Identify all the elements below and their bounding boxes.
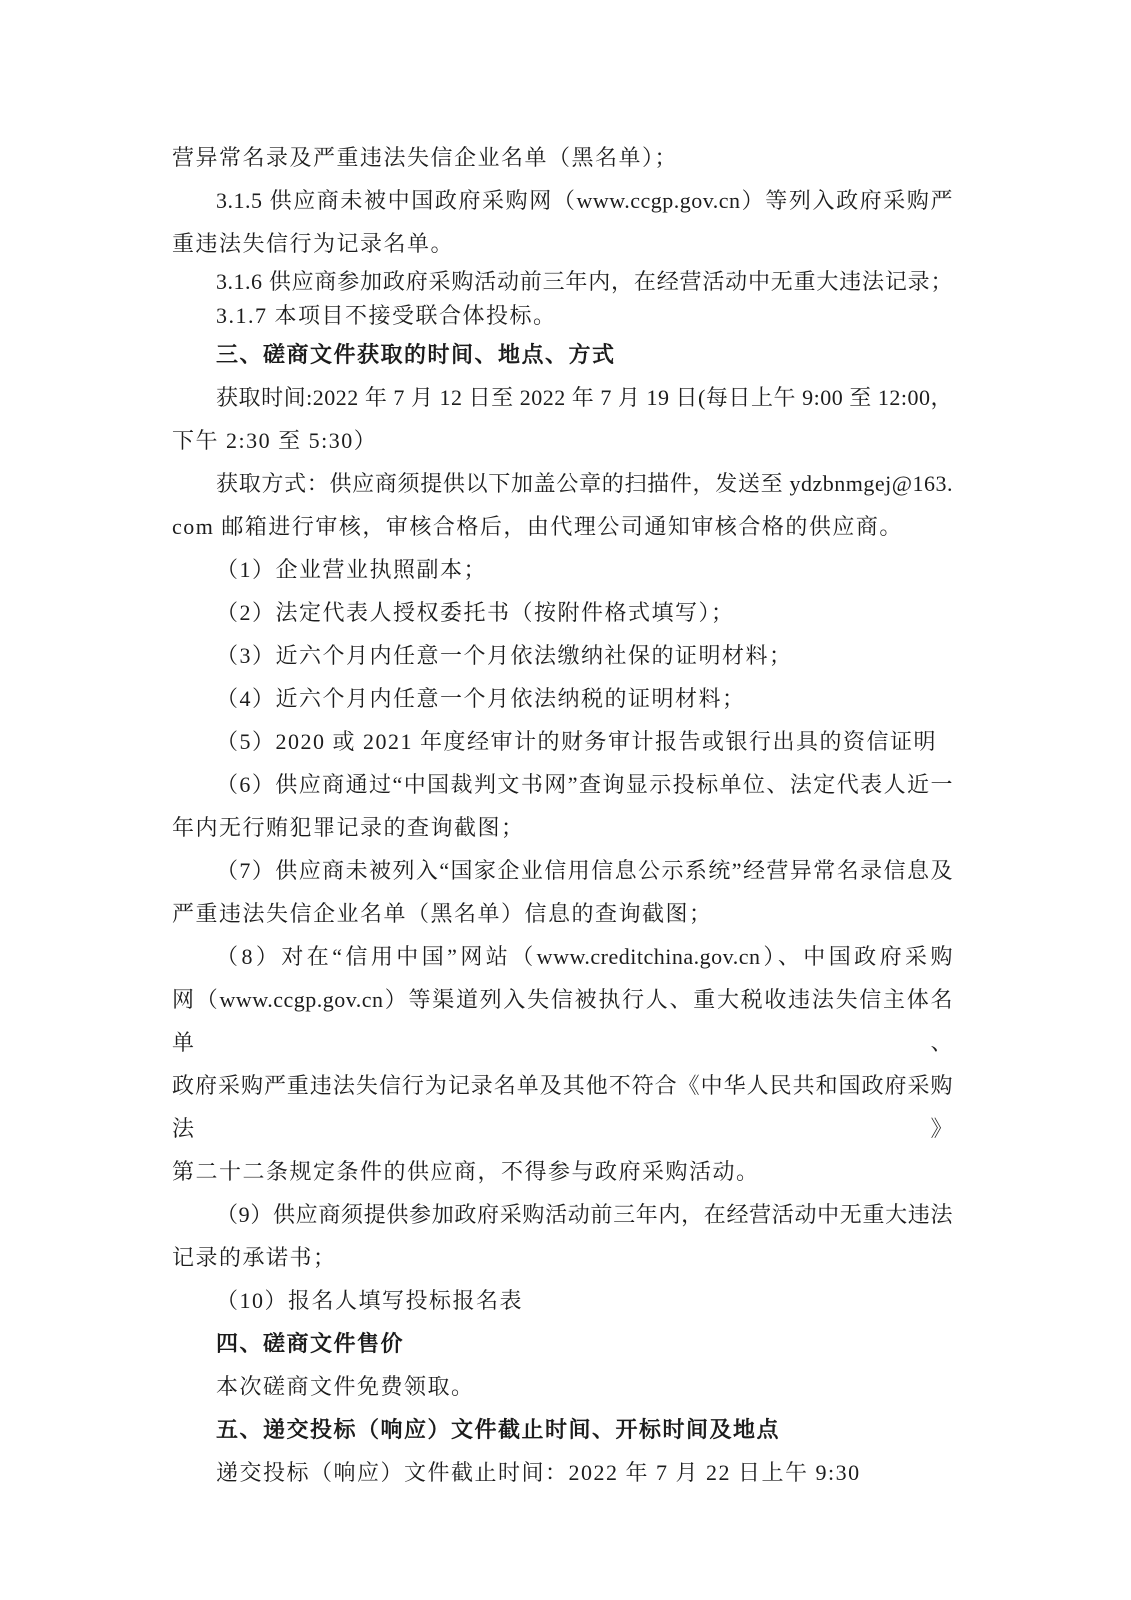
paragraph-continuation: 严重违法失信企业名单（黑名单）信息的查询截图；: [172, 892, 953, 935]
list-item-5: （5）2020 或 2021 年度经审计的财务审计报告或银行出具的资信证明: [172, 720, 953, 763]
paragraph-continuation: 网（www.ccgp.gov.cn）等渠道列入失信被执行人、重大税收违法失信主体…: [172, 978, 953, 1064]
list-item-4: （4）近六个月内任意一个月依法纳税的证明材料；: [172, 677, 953, 720]
list-item-9: （9）供应商须提供参加政府采购活动前三年内，在经营活动中无重大违法: [172, 1193, 953, 1236]
paragraph-obtain-method: 获取方式：供应商须提供以下加盖公章的扫描件，发送至 ydzbnmgej@163.: [172, 462, 953, 505]
paragraph-continuation: 政府采购严重违法失信行为记录名单及其他不符合《中华人民共和国政府采购法》: [172, 1064, 953, 1150]
list-item-7: （7）供应商未被列入“国家企业信用信息公示系统”经营异常名录信息及: [172, 849, 953, 892]
section-heading-3: 三、磋商文件获取的时间、地点、方式: [172, 333, 953, 376]
list-item-10: （10）报名人填写投标报名表: [172, 1279, 953, 1322]
paragraph-clause-3-1-6: 3.1.6 供应商参加政府采购活动前三年内，在经营活动中无重大违法记录；: [172, 265, 953, 299]
list-item-2: （2）法定代表人授权委托书（按附件格式填写）；: [172, 591, 953, 634]
section-heading-4: 四、磋商文件售价: [172, 1322, 953, 1365]
paragraph-continuation: 营异常名录及严重违法失信企业名单（黑名单）；: [172, 136, 953, 179]
paragraph-continuation: 年内无行贿犯罪记录的查询截图；: [172, 806, 953, 849]
paragraph-continuation: 重违法失信行为记录名单。: [172, 222, 953, 265]
paragraph-clause-3-1-5: 3.1.5 供应商未被中国政府采购网（www.ccgp.gov.cn）等列入政府…: [172, 179, 953, 222]
section-heading-5: 五、递交投标（响应）文件截止时间、开标时间及地点: [172, 1408, 953, 1451]
paragraph-continuation: com 邮箱进行审核，审核合格后，由代理公司通知审核合格的供应商。: [172, 505, 953, 548]
list-item-1: （1）企业营业执照副本；: [172, 548, 953, 591]
document-page: 营异常名录及严重违法失信企业名单（黑名单）； 3.1.5 供应商未被中国政府采购…: [0, 0, 1131, 1600]
paragraph-clause-3-1-7: 3.1.7 本项目不接受联合体投标。: [172, 299, 953, 333]
list-item-6: （6）供应商通过“中国裁判文书网”查询显示投标单位、法定代表人近一: [172, 763, 953, 806]
paragraph-free-of-charge: 本次磋商文件免费领取。: [172, 1365, 953, 1408]
list-item-8: （8）对在“信用中国”网站（www.creditchina.gov.cn）、中国…: [172, 935, 953, 978]
paragraph-continuation: 下午 2:30 至 5:30）: [172, 419, 953, 462]
paragraph-continuation: 第二十二条规定条件的供应商，不得参与政府采购活动。: [172, 1150, 953, 1193]
paragraph-deadline: 递交投标（响应）文件截止时间：2022 年 7 月 22 日上午 9:30: [172, 1451, 953, 1494]
list-item-3: （3）近六个月内任意一个月依法缴纳社保的证明材料；: [172, 634, 953, 677]
paragraph-continuation: 记录的承诺书；: [172, 1236, 953, 1279]
paragraph-obtain-time: 获取时间:2022 年 7 月 12 日至 2022 年 7 月 19 日(每日…: [172, 376, 953, 419]
document-content: 营异常名录及严重违法失信企业名单（黑名单）； 3.1.5 供应商未被中国政府采购…: [172, 136, 953, 1494]
